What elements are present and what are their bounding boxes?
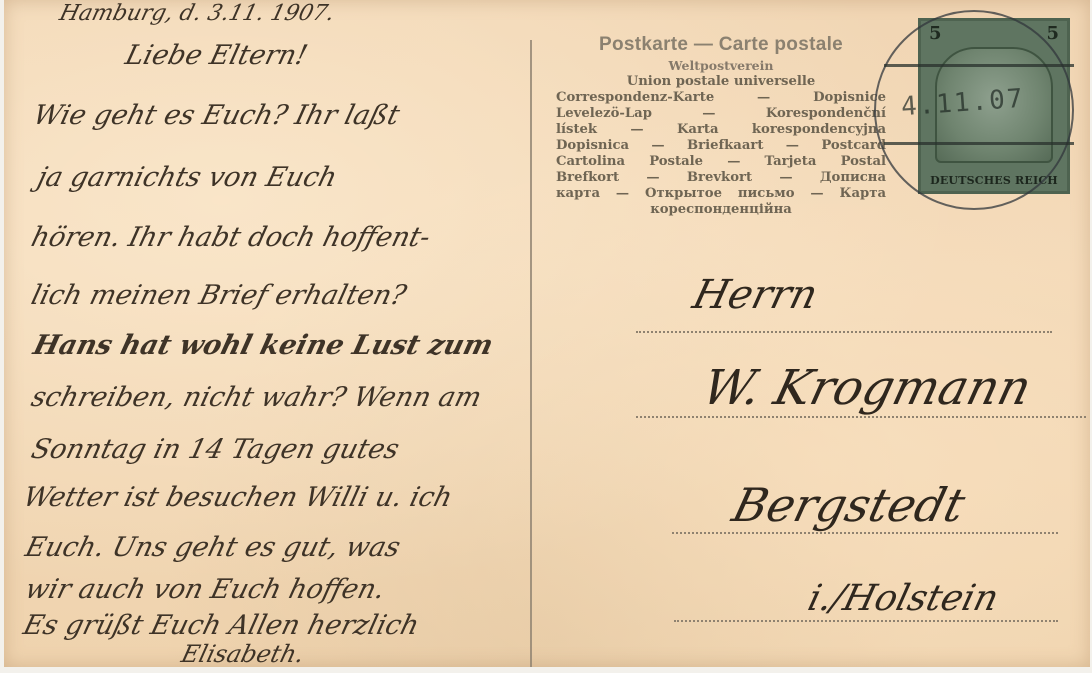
header-line: Dopisnica — Briefkaart — Postcard <box>556 138 886 154</box>
address-line-rule <box>672 532 1058 534</box>
header-line: Weltpostverein <box>556 58 886 74</box>
message-line: Hans hat wohl keine Lust zum <box>30 330 496 361</box>
message-line: wir auch von Euch hoffen. <box>22 574 388 605</box>
header-line: Union postale universelle <box>556 74 886 90</box>
message-line: Es grüßt Euch Allen herzlich <box>20 610 422 641</box>
message-line: Wie geht es Euch? Ihr laßt <box>30 100 403 131</box>
message-line: Euch. Uns geht es gut, was <box>22 532 403 563</box>
stamp-value-right: 5 <box>1046 23 1059 44</box>
salutation: Liebe Eltern! <box>122 40 310 71</box>
message-line: hören. Ihr habt doch hoffent- <box>28 222 433 253</box>
message-line: lich meinen Brief erhalten? <box>28 280 409 311</box>
address-line-rule <box>636 416 1086 418</box>
header-line: Levelezö-Lap — Korespondenční <box>556 106 886 122</box>
message-line: schreiben, nicht wahr? Wenn am <box>28 382 485 413</box>
header-line: карта — Открытое письмо — Карта <box>556 186 886 202</box>
address-line-rule <box>674 620 1058 622</box>
address-town: Bergstedt <box>727 478 970 532</box>
message-line: Sonntag in 14 Tagen gutes <box>28 434 402 465</box>
header-line: Correspondenz-Karte — Dopisnice <box>556 90 886 106</box>
address-name: W. Krogmann <box>697 360 1037 416</box>
postmark-bar <box>884 64 1074 67</box>
postmark-bar <box>884 142 1074 145</box>
printed-header: Postkarte — Carte postale Weltpostverein… <box>556 34 886 218</box>
message-line: ja garnichts von Euch <box>34 162 340 193</box>
address-line-rule <box>636 331 1052 333</box>
header-line: кореспонденційна <box>556 202 886 218</box>
address-region: i./Holstein <box>804 578 1003 619</box>
header-line: lístek — Karta korespondencyjna <box>556 122 886 138</box>
header-line: Cartolina Postale — Tarjeta Postal <box>556 154 886 170</box>
place-date: Hamburg, d. 3.11. 1907. <box>57 1 337 26</box>
signature: Elisabeth. <box>179 640 308 668</box>
header-line: Brefkort — Brevkort — Дописна <box>556 170 886 186</box>
address-salutation: Herrn <box>688 272 822 318</box>
postcard-title: Postkarte — Carte postale <box>556 34 886 56</box>
center-divider <box>530 40 532 667</box>
message-line: Wetter ist besuchen Willi u. ich <box>20 482 455 513</box>
postcard-back: Hamburg, d. 3.11. 1907. Liebe Eltern! Wi… <box>4 0 1090 667</box>
